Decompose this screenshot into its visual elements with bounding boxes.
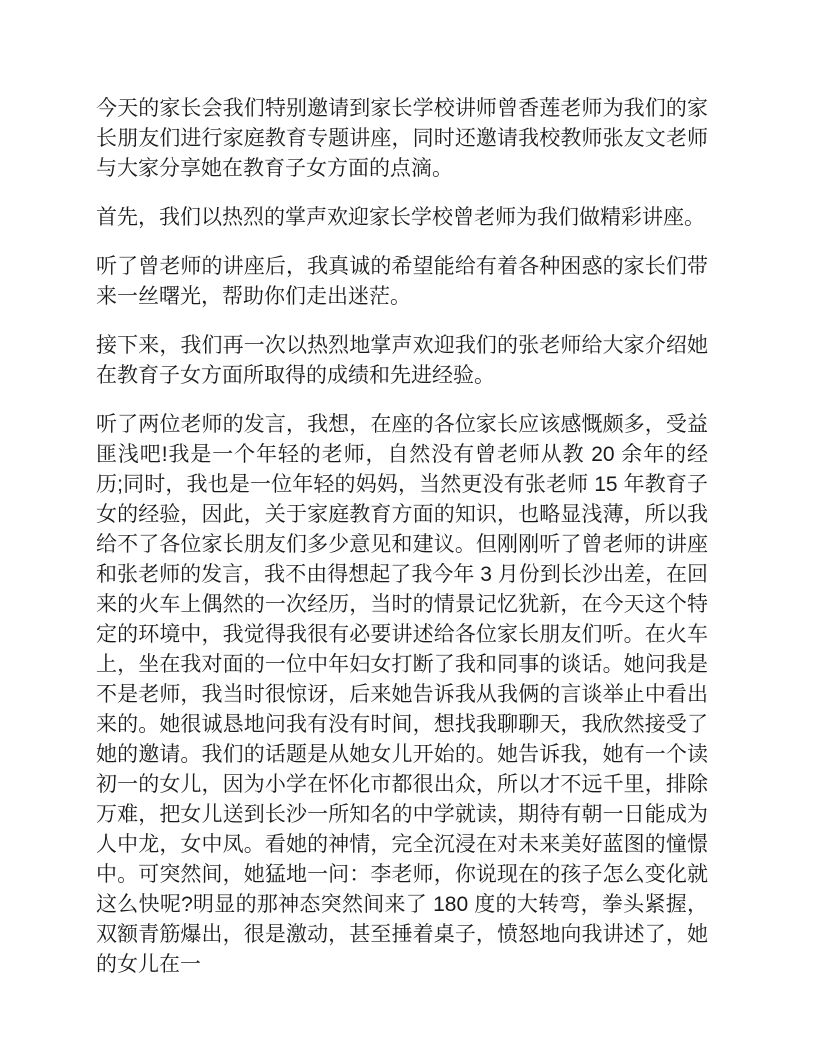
paragraph-welcome-zhang: 接下来，我们再一次以热烈地掌声欢迎我们的张老师给大家介绍她在教育子女方面所取得的…	[96, 331, 708, 391]
paragraph-intro-speakers: 今天的家长会我们特别邀请到家长学校讲师曾香莲老师为我们的家长朋友们进行家庭教育专…	[96, 94, 708, 184]
paragraph-welcome-zeng: 首先，我们以热烈的掌声欢迎家长学校曾老师为我们做精彩讲座。	[96, 203, 708, 233]
document-page: 今天的家长会我们特别邀请到家长学校讲师曾香莲老师为我们的家长朋友们进行家庭教育专…	[0, 0, 816, 1056]
paragraph-train-story: 听了两位老师的发言，我想，在座的各位家长应该感慨颇多，受益匪浅吧!我是一个年轻的…	[96, 410, 708, 980]
paragraph-hope-after-lecture: 听了曾老师的讲座后，我真诚的希望能给有着各种困惑的家长们带来一丝曙光，帮助你们走…	[96, 252, 708, 312]
